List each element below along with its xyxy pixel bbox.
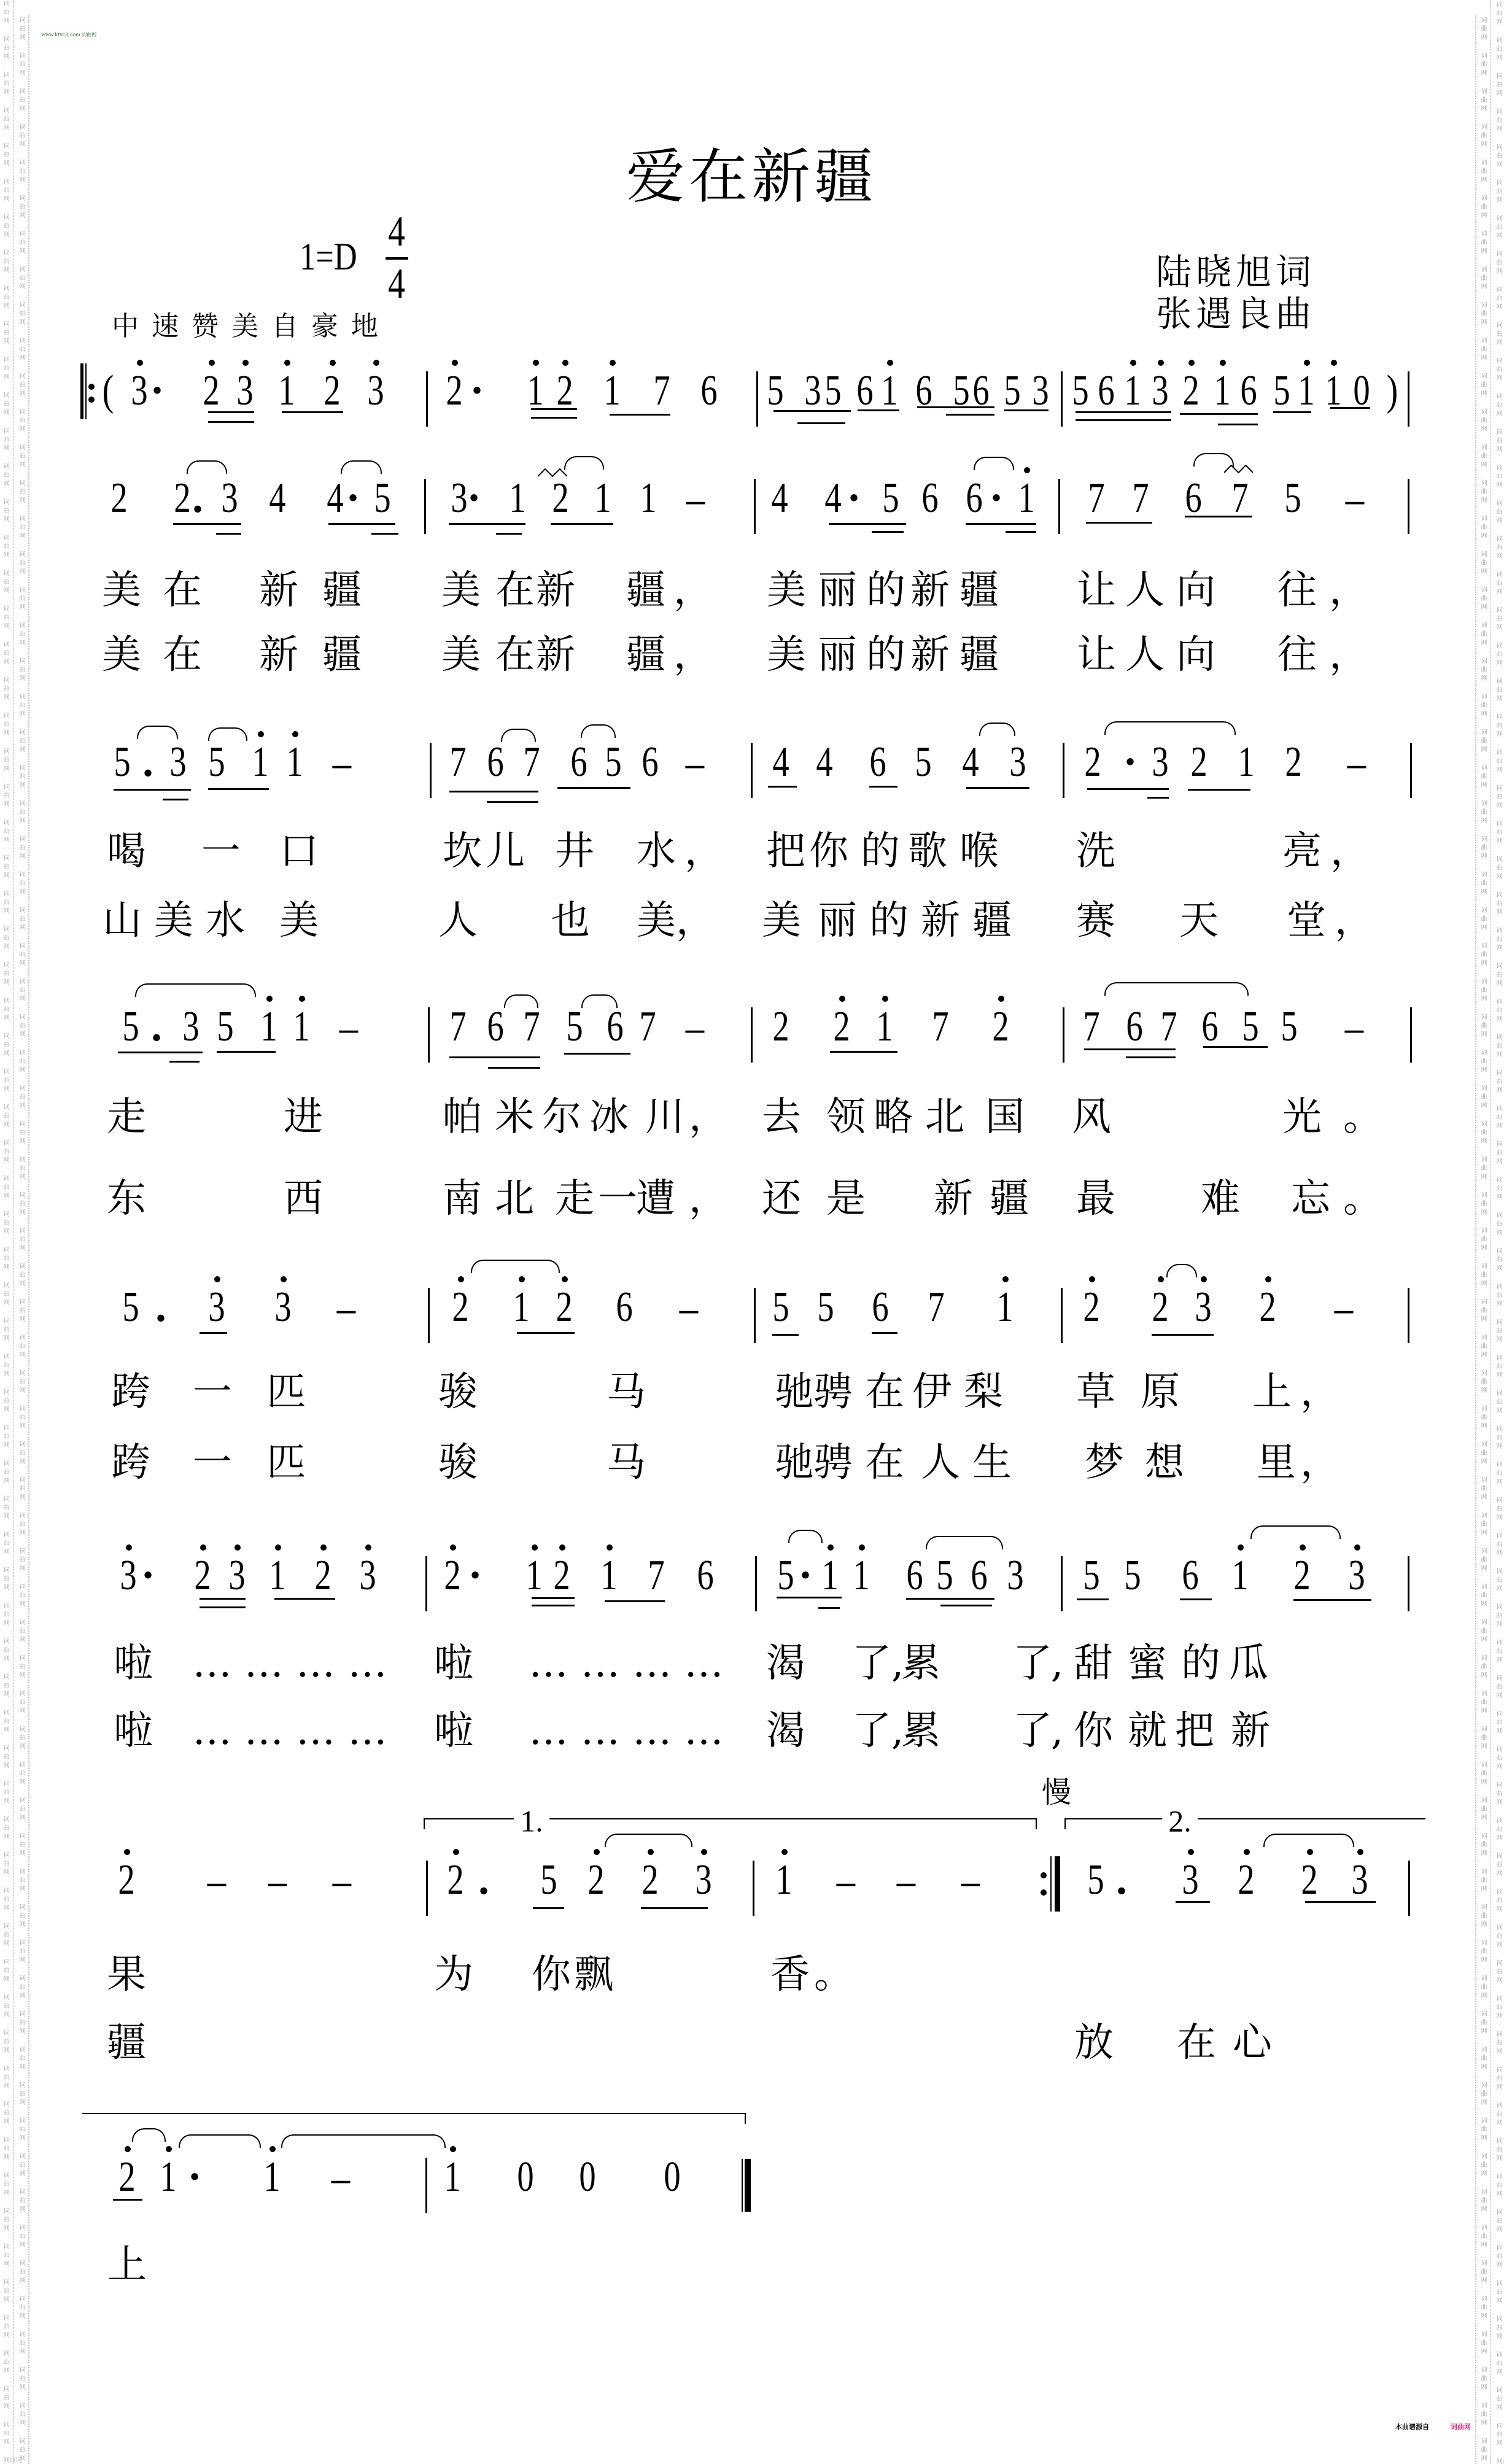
note: 6 [872, 1286, 888, 1329]
side-watermark-text: 词曲网 [1495, 820, 1501, 846]
lyric-char: 上 [1252, 1373, 1292, 1412]
side-watermark-text: 词曲网 [1495, 1675, 1501, 1700]
lyric-char: 心 [1233, 2023, 1272, 2063]
note: 5 [566, 1005, 583, 1048]
lyric-char: 水 [206, 901, 245, 940]
lyric-char: 新 [910, 635, 950, 675]
side-watermark-text: 词曲网 [1495, 1461, 1501, 1487]
lyric-char: 了 [852, 1711, 891, 1751]
lyric-char: 甜 [1074, 1644, 1113, 1683]
side-watermark-text: 词曲网 [2, 1389, 8, 1414]
beam-underline [532, 1605, 575, 1606]
note: 5 [1124, 1554, 1141, 1597]
lyric-char: 新 [910, 571, 950, 610]
octave-dot-high [1307, 1849, 1313, 1855]
side-watermark-text: 词曲网 [2, 570, 8, 595]
note: 3 [169, 741, 186, 784]
note: 2 [587, 1859, 604, 1902]
beam-underline [274, 1598, 335, 1600]
tempo-marking: 中速赞美自豪地 [112, 313, 391, 340]
octave-dot-high [519, 1276, 525, 1282]
side-watermark-text: 词曲网 [1479, 301, 1486, 327]
side-watermark-text: 词曲网 [1495, 642, 1501, 668]
lyric-char: ， [689, 1098, 728, 1137]
side-watermark-text: 词曲网 [1495, 2280, 1501, 2306]
octave-dot-high [1354, 1544, 1360, 1551]
lyric-char: 丽 [818, 901, 857, 940]
augmentation-dot: · [798, 1554, 812, 1597]
side-watermark-text: 词曲网 [2, 997, 8, 1023]
side-watermark-text: 词曲网 [18, 1797, 24, 1823]
octave-dot-high [284, 360, 290, 366]
lyric-char: 南 [443, 1179, 482, 1218]
lyric-char: … … … … [529, 1644, 723, 1683]
side-watermark-text: 词曲网 [1495, 1639, 1501, 1665]
note: 3 [359, 1554, 376, 1597]
side-watermark-text: 词曲网 [2, 819, 8, 845]
augmentation-dot: · [1123, 741, 1137, 784]
octave-dot-high [607, 1544, 613, 1551]
side-watermark-text: 词曲网 [1479, 1298, 1486, 1324]
lyric-char: 冰 [589, 1098, 629, 1137]
octave-dot-high [828, 1544, 834, 1551]
repeat-dot [1041, 1889, 1047, 1896]
lyric-char: 米 [495, 1098, 534, 1137]
side-watermark-text: 词曲网 [18, 1191, 24, 1217]
lyric-char: 往 [1277, 635, 1317, 675]
side-watermark-text: 词曲网 [1479, 1013, 1486, 1039]
note: 3 [1152, 370, 1168, 413]
side-watermark-text: 词曲网 [1479, 17, 1486, 42]
side-watermark-text: 词曲网 [18, 1405, 24, 1431]
lyric-char: 美 [637, 901, 676, 940]
note: 3 [1182, 1859, 1198, 1902]
octave-dot-high [453, 1849, 459, 1855]
final-bar-thin-line [742, 2159, 743, 2212]
note: 6 [1201, 1005, 1218, 1048]
side-watermark-text: 词曲网 [1495, 322, 1501, 347]
side-watermark-text: 词曲网 [1495, 1247, 1501, 1273]
side-watermark-text: 词曲网 [18, 1334, 24, 1360]
lyric-char: 匹 [266, 1443, 306, 1482]
side-watermark-text: 词曲网 [2, 2421, 8, 2447]
sustain-dash: – [268, 1865, 287, 1899]
beam-underline [940, 1605, 992, 1606]
note: 1 [293, 1005, 309, 1048]
side-watermark-text: 词曲网 [18, 1619, 24, 1645]
note: 2 [1182, 370, 1199, 413]
side-watermark-text: 词曲网 [2, 890, 8, 916]
note: 3 [695, 1859, 711, 1902]
lyric-char: 帕 [443, 1098, 482, 1137]
note: 2 [1285, 741, 1301, 784]
side-watermark-text: 词曲网 [1495, 286, 1501, 312]
octave-dot-high [594, 1849, 600, 1855]
lyric-char: 人 [921, 1443, 960, 1482]
side-watermark-text: 词曲网 [2, 2243, 8, 2269]
lyric-char: 骋 [813, 1373, 853, 1412]
lyric-char: 原 [1141, 1373, 1180, 1412]
barline [425, 1556, 427, 1611]
note: 1 [996, 1286, 1013, 1329]
side-watermark-text: 词曲网 [18, 195, 24, 220]
side-watermark-text: 词曲网 [1495, 2422, 1501, 2448]
lyric-char: 丽 [818, 635, 857, 675]
barline [426, 1861, 428, 1916]
side-watermark-text: 词曲网 [1479, 2153, 1486, 2179]
lyric-char: 是 [826, 1179, 866, 1218]
note: 5 [772, 1286, 789, 1329]
beam-underline [208, 411, 254, 413]
lyric-char: ， [1329, 635, 1368, 675]
side-watermark-text: 词曲网 [2, 1745, 8, 1770]
right-border-dotted-line [1475, 15, 1476, 2464]
side-watermark-text: 词曲网 [18, 551, 24, 576]
side-watermark-text: 词曲网 [1479, 1904, 1486, 1929]
note: 1 [278, 370, 295, 413]
beam-underline [610, 414, 670, 416]
side-watermark-text: 词曲网 [2, 2279, 8, 2304]
lyric-char: 美 [279, 901, 319, 940]
lyric-char: 西 [284, 1179, 323, 1218]
side-watermark-text: 词曲网 [18, 230, 24, 256]
final-bar-thick-line [745, 2159, 751, 2212]
note: 5 [915, 741, 931, 784]
side-watermark-text: 词曲网 [1479, 1405, 1486, 1431]
lyric-char: 让 [1077, 635, 1116, 675]
note: 5 [374, 477, 390, 520]
octave-dot-high [299, 996, 305, 1002]
lyric-char: 为 [434, 1955, 473, 1994]
octave-dot-high [1201, 1276, 1207, 1282]
side-watermark-text: 词曲网 [1495, 785, 1501, 810]
note: 4 [327, 477, 343, 520]
side-watermark-text: 词曲网 [18, 17, 24, 42]
beam-underline [872, 1332, 897, 1334]
side-watermark-text: 词曲网 [2, 1246, 8, 1272]
beam-underline [906, 1598, 994, 1600]
note: 1 [1231, 1554, 1248, 1597]
octave-dot-high [126, 1544, 132, 1551]
side-watermark-text: 词曲网 [1479, 1263, 1486, 1288]
barline [428, 1007, 430, 1063]
barline [1061, 371, 1063, 427]
note: 1 [1124, 370, 1141, 413]
note: 2 [324, 370, 340, 413]
beam-underline [557, 787, 630, 789]
lyric-char: 飘 [574, 1955, 613, 1994]
octave-dot-high [450, 1544, 456, 1551]
octave-dot-high [450, 2146, 456, 2152]
side-watermark-text: 词曲网 [2, 214, 8, 239]
barline [1061, 1556, 1063, 1611]
lyric-char: 水 [637, 832, 676, 871]
side-watermark-text: 词曲网 [2, 2136, 8, 2162]
lyric-char: 人 [1125, 635, 1165, 675]
side-watermark-text: 词曲网 [1479, 1690, 1486, 1716]
side-watermark-text: 词曲网 [1495, 2244, 1501, 2270]
repeat-start-thin-line [85, 363, 87, 419]
note: 7 [653, 370, 670, 413]
note: 1 [252, 741, 268, 784]
octave-dot-high [292, 731, 298, 737]
side-watermark-text: 词曲网 [2, 2065, 8, 2091]
beam-underline [564, 1053, 630, 1055]
note: 6 [616, 1286, 632, 1329]
note: 7 [449, 1005, 466, 1048]
side-watermark-text: 词曲网 [2, 1958, 8, 1984]
lyric-char: 喝 [107, 832, 146, 871]
lyric-char: 骋 [813, 1443, 853, 1482]
note: 2 [447, 1859, 463, 1902]
side-watermark-text: 词曲网 [1495, 1603, 1501, 1629]
side-watermark-text: 词曲网 [2, 142, 8, 168]
note: 1 [527, 370, 543, 413]
note: 6 [1185, 477, 1201, 520]
note: 1 [513, 1286, 529, 1329]
side-watermark-text: 词曲网 [1495, 2315, 1501, 2341]
lyric-char: 渴 [766, 1711, 805, 1751]
side-watermark-text: 词曲网 [1495, 250, 1501, 276]
beam-underline [531, 417, 577, 419]
side-watermark-text: 词曲网 [18, 1120, 24, 1146]
side-watermark-text: 词曲网 [1495, 37, 1501, 63]
lyric-char: 往 [1277, 571, 1317, 610]
note: 7 [523, 1005, 540, 1048]
note: 1 [286, 741, 303, 784]
side-watermark-text: 词曲网 [1495, 1069, 1501, 1095]
side-watermark-text: 词曲网 [18, 1726, 24, 1751]
octave-dot-high [998, 996, 1004, 1002]
octave-dot-high [137, 360, 143, 366]
lyric-char: 走 [555, 1179, 594, 1218]
side-watermark-text: 词曲网 [2, 0, 8, 26]
lyric-char: 你 [809, 832, 848, 871]
note: 3 [451, 477, 467, 520]
note: 2 [452, 1286, 468, 1329]
note: 5 [767, 370, 783, 413]
beam-underline [777, 1597, 842, 1598]
note: 1 [1325, 370, 1341, 413]
side-watermark-text: 词曲网 [18, 942, 24, 968]
watermark-site-url[interactable]: www.ktvc8.com 词曲网 [41, 31, 96, 38]
beam-underline [169, 1061, 200, 1063]
side-watermark-text: 词曲网 [2, 1317, 8, 1343]
beam-underline [1087, 788, 1169, 790]
lyric-char: 疆 [990, 1179, 1029, 1218]
side-watermark-text: 词曲网 [1495, 464, 1501, 490]
side-watermark-text: 词曲网 [1479, 1441, 1486, 1466]
side-watermark-text: 词曲网 [1495, 1105, 1501, 1131]
side-watermark-text: 词曲网 [1479, 978, 1486, 1004]
augmentation-dot: · [467, 477, 481, 520]
side-watermark-text: 词曲网 [1479, 693, 1486, 719]
barline [754, 1288, 756, 1343]
side-watermark-text: 词曲网 [2, 2314, 8, 2340]
note: 5 [817, 1286, 834, 1329]
footer-site-link[interactable]: 词曲网 [1451, 2422, 1471, 2431]
side-watermark-text: 词曲网 [1479, 2010, 1486, 2036]
side-watermark-text: 词曲网 [18, 907, 24, 932]
beam-underline [200, 1606, 246, 1608]
note: 6 [966, 477, 982, 520]
lyric-char: … … … … [192, 1711, 387, 1751]
side-watermark-text: 词曲网 [18, 1263, 24, 1288]
octave-dot-high [330, 360, 336, 366]
side-watermark-text: 词曲网 [1495, 500, 1501, 525]
lyric-char: 梦 [1085, 1443, 1124, 1482]
octave-dot-high [533, 360, 539, 366]
octave-dot-high [1002, 1276, 1009, 1282]
octave-dot-high [562, 360, 568, 366]
lyric-char: 去 [762, 1098, 801, 1137]
side-watermark-text: 词曲网 [2, 1424, 8, 1450]
paren-close: ) [1387, 370, 1398, 413]
octave-dot-high [214, 1276, 220, 1282]
side-watermark-text: 词曲网 [1495, 2209, 1501, 2234]
side-watermark-text: 词曲网 [18, 1370, 24, 1395]
lyric-char: 北 [495, 1179, 534, 1218]
side-watermark-text: 词曲网 [1479, 2366, 1486, 2392]
side-watermark-text: 词曲网 [18, 800, 24, 826]
note: 3 [221, 477, 238, 520]
side-watermark-text: 词曲网 [1479, 1761, 1486, 1787]
lyric-char: 美 [762, 901, 801, 940]
beam-underline [371, 533, 398, 535]
lyric-char: 在 [865, 1443, 904, 1482]
slur-arc [179, 2134, 261, 2148]
side-watermark-text: 词曲网 [2, 1211, 8, 1236]
octave-dot-high [559, 1544, 565, 1551]
sustain-dash: – [1334, 1292, 1353, 1327]
slur-arc [581, 724, 616, 738]
side-watermark-text: 词曲网 [18, 2117, 24, 2143]
note: 6 [487, 741, 503, 784]
note: 1 [444, 2156, 460, 2199]
side-watermark-text: 词曲网 [18, 764, 24, 790]
note: 2 [556, 370, 573, 413]
lyric-char: ， [673, 571, 713, 610]
side-watermark-text: 词曲网 [2, 605, 8, 631]
side-watermark-text: 词曲网 [18, 978, 24, 1004]
barline [753, 1861, 754, 1916]
side-watermark-text: 词曲网 [1479, 52, 1486, 78]
side-watermark-text: 词曲网 [18, 88, 24, 114]
lyric-char: 疆 [107, 2023, 146, 2063]
octave-dot-high [1220, 360, 1226, 366]
lyric-char: 啦 [114, 1711, 153, 1751]
side-watermark-text: 词曲网 [1495, 2137, 1501, 2163]
repeat-dot [1041, 1872, 1047, 1878]
note: 3 [228, 1554, 245, 1597]
barline [426, 371, 428, 427]
side-watermark-text: 词曲网 [2, 498, 8, 524]
lyric-char: ， [1300, 1443, 1339, 1482]
note: 5 [1083, 1554, 1099, 1597]
side-watermark-text: 词曲网 [2, 1531, 8, 1557]
lyric-char: … … … … [529, 1711, 723, 1751]
beam-underline [216, 533, 241, 535]
lyric-char: 人 [1125, 571, 1165, 610]
side-watermark-text: 词曲网 [1495, 1888, 1501, 1914]
lyric-char: 的 [869, 901, 909, 940]
lyric-char: 疆 [972, 901, 1012, 940]
side-watermark-text: 词曲网 [1479, 764, 1486, 790]
composer-credit: 张遇良曲 [1156, 296, 1316, 331]
side-watermark-text: 词曲网 [1479, 479, 1486, 505]
lyric-char: 累 [901, 1644, 940, 1683]
beam-underline [531, 408, 577, 410]
note: 4 [269, 477, 285, 520]
side-watermark-text: 词曲网 [2, 1282, 8, 1308]
side-watermark-text: 词曲网 [1495, 1, 1501, 27]
lyric-char: 洗 [1076, 832, 1115, 871]
lyric-char: 疆 [626, 635, 665, 675]
note: 1 [1018, 477, 1034, 520]
side-watermark-text: 词曲网 [2, 36, 8, 61]
augmentation-dot: · [470, 370, 484, 413]
side-watermark-text: 词曲网 [1495, 1995, 1501, 2021]
lyric-char: 在 [163, 571, 202, 610]
side-watermark-text: 词曲网 [1495, 1319, 1501, 1344]
lyric-char: 放 [1074, 2023, 1114, 2063]
side-watermark-text: 词曲网 [2, 463, 8, 489]
side-watermark-text: 词曲网 [2, 1139, 8, 1165]
lyric-char: 美 [154, 901, 193, 940]
side-watermark-text: 词曲网 [2, 1175, 8, 1201]
side-watermark-text: 词曲网 [1479, 88, 1486, 114]
beam-underline [487, 801, 538, 803]
beam-underline [1077, 1598, 1109, 1600]
lyric-char: 你 [1074, 1711, 1113, 1751]
side-watermark-text: 词曲网 [1495, 2351, 1501, 2377]
side-watermark-text: 词曲网 [1495, 357, 1501, 383]
lyric-char: 驰 [775, 1443, 814, 1482]
side-watermark-text: 词曲网 [18, 1013, 24, 1039]
note: 3 [1351, 1859, 1368, 1902]
lyric-char: 。 [1343, 1098, 1382, 1137]
side-watermark-text: 词曲网 [2, 1709, 8, 1735]
slur-arc [208, 727, 247, 741]
note: 5 [777, 1554, 794, 1597]
octave-dot-high [532, 1544, 538, 1551]
side-watermark-text: 词曲网 [2, 1602, 8, 1628]
side-watermark-text: 词曲网 [1495, 1853, 1501, 1878]
note: 5 [1242, 1005, 1258, 1048]
beam-underline [1176, 1901, 1210, 1903]
beam-underline [772, 1334, 799, 1336]
beam-underline [1126, 1056, 1176, 1058]
augmentation-dot: · [346, 477, 360, 520]
note: 2 [1301, 1859, 1317, 1902]
side-watermark-text: 词曲网 [18, 2260, 24, 2285]
side-watermark-text: 词曲网 [1495, 2458, 1504, 2464]
side-watermark-text: 词曲网 [1495, 428, 1501, 454]
lyric-char: 东 [107, 1179, 146, 1218]
side-watermark-text: 词曲网 [2, 1353, 8, 1379]
note: 6 [570, 741, 587, 784]
side-watermark-text: 词曲网 [2, 2029, 8, 2055]
lyric-char: 就 [1128, 1711, 1167, 1751]
slur-arc [979, 723, 1015, 736]
lyric-char: 光 [1282, 1098, 1322, 1137]
lyric-char: 还 [762, 1179, 801, 1218]
note: 2 [118, 1859, 134, 1902]
octave-dot-high [1188, 360, 1195, 366]
paren-open: ( [103, 370, 114, 413]
note: 3 [1007, 1554, 1023, 1597]
note: 5 [605, 741, 621, 784]
